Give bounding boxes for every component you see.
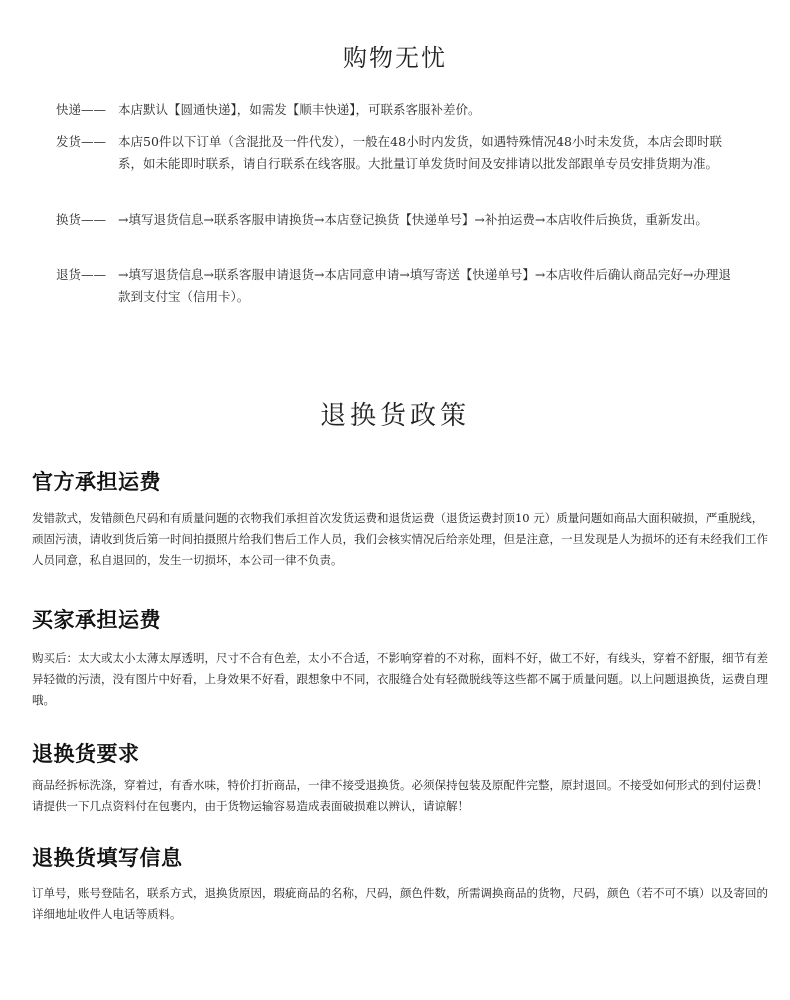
rule-text: →填写退货信息→联系客服申请退货→本店同意申请→填写寄送【快递单号】→本店收件后… [118, 264, 738, 308]
rule-label: 换货—— [56, 209, 118, 231]
rule-shipping: 发货——本店50件以下订单（含混批及一件代发），一般在48小时内发货，如遇特殊情… [56, 131, 756, 175]
section-text-return-requirements: 商品经拆标洗涤，穿着过，有香水味，特价打折商品，一律不接受退换货。必须保持包装及… [32, 775, 772, 817]
section-heading-official-pays-shipping: 官方承担运费 [32, 466, 161, 496]
section-text-buyer-pays-shipping: 购买后：太大或太小太薄太厚透明，尺寸不合有色差，太小不合适，不影响穿着的不对称，… [32, 648, 772, 711]
rule-label: 快递—— [56, 99, 118, 121]
rule-text: →填写退货信息→联系客服申请换货→本店登记换货【快递单号】→补拍运费→本店收件后… [118, 209, 738, 231]
section-text-official-pays-shipping: 发错款式，发错颜色尺码和有质量问题的衣物我们承担首次发货运费和退货运费（退货运费… [32, 508, 772, 571]
rule-return: 退货——→填写退货信息→联系客服申请退货→本店同意申请→填写寄送【快递单号】→本… [56, 264, 756, 308]
rule-text: 本店50件以下订单（含混批及一件代发），一般在48小时内发货，如遇特殊情况48小… [118, 131, 738, 175]
section-text-return-info: 订单号，账号登陆名，联系方式，退换货原因，瑕疵商品的名称，尺码，颜色件数，所需调… [32, 883, 772, 925]
rule-express: 快递——本店默认【圆通快递】，如需发【顺丰快递】，可联系客服补差价。 [56, 99, 756, 121]
section-heading-return-info: 退换货填写信息 [32, 842, 183, 872]
section-heading-buyer-pays-shipping: 买家承担运费 [32, 604, 161, 634]
shopping-worry-free-title: 购物无忧 [0, 38, 790, 73]
rule-exchange: 换货——→填写退货信息→联系客服申请换货→本店登记换货【快递单号】→补拍运费→本… [56, 209, 756, 231]
return-policy-title: 退换货政策 [0, 395, 790, 432]
section-heading-return-requirements: 退换货要求 [32, 738, 140, 768]
rule-text: 本店默认【圆通快递】，如需发【顺丰快递】，可联系客服补差价。 [118, 99, 738, 121]
rule-label: 发货—— [56, 131, 118, 153]
rule-label: 退货—— [56, 264, 118, 286]
